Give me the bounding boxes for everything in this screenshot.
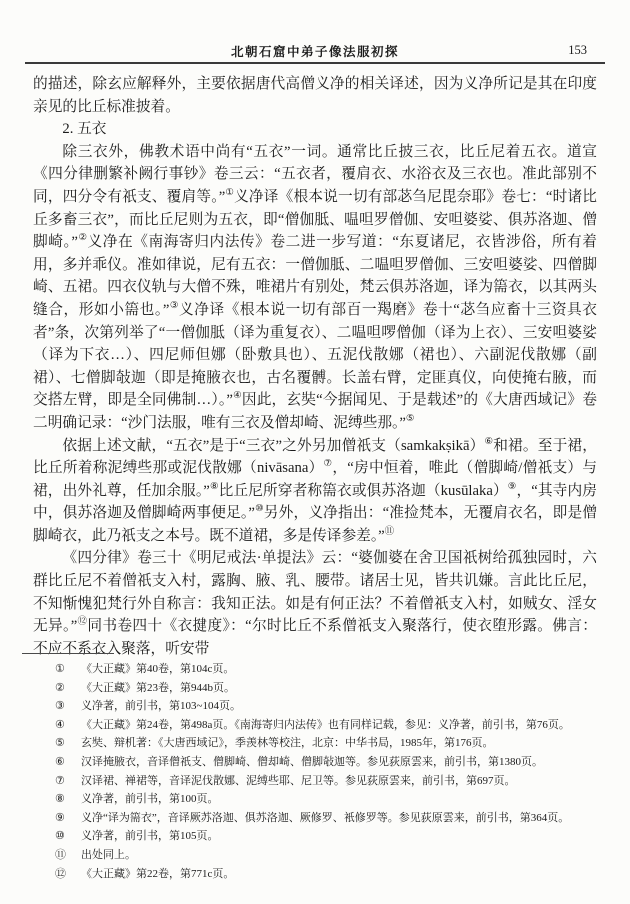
footnote-item: ⑤ 玄奘、辩机著：《大唐西域记》，季羡林等校注，北京：中华书局，1985年，第1… [55, 734, 610, 753]
footnote-text: 《大正藏》第22卷，第771c页。 [81, 865, 610, 884]
footnote-marker: ⑤ [55, 734, 81, 753]
footnote-ref: ⑩ [255, 504, 264, 514]
footnote-text: 出处同上。 [81, 846, 610, 865]
footnote-text: 义净著，前引书，第100页。 [81, 790, 610, 809]
footnote-text: 《大正藏》第40卷，第104c页。 [81, 660, 610, 679]
footnote-marker: ⑩ [55, 827, 81, 846]
footnote-ref: ② [78, 233, 88, 243]
running-head: 北朝石窟中弟子像法服初探 153 [25, 42, 605, 60]
footnote-ref: ③ [169, 301, 179, 311]
article-body: 的描述，除玄应解释外，主要依据唐代高僧义净的相关译述，因为义净所记是其在印度亲见… [33, 73, 597, 660]
footnote-text: 义净“译为篅衣”，音译厥苏洛迦、俱苏洛迦、厥修罗、衹修罗等。参见荻原雲来，前引书… [81, 809, 610, 828]
footnote-marker: ④ [55, 716, 81, 735]
page-number: 153 [568, 43, 587, 58]
footnote-marker: ⑥ [55, 753, 81, 772]
footnote-text: 义净著，前引书，第103~104页。 [81, 697, 610, 716]
footnote-item: ⑫ 《大正藏》第22卷，第771c页。 [55, 865, 610, 884]
footnote-item: ② 《大正藏》第23卷，第944b页。 [55, 679, 610, 698]
footnote-ref: ⑧ [210, 482, 219, 492]
footnote-marker: ③ [55, 697, 81, 716]
footnote-ref: ⑫ [77, 617, 87, 627]
header-rule [25, 62, 605, 64]
section-heading: 2. 五衣 [33, 118, 597, 141]
footnotes-section: ① 《大正藏》第40卷，第104c页。 ② 《大正藏》第23卷，第944b页。 … [55, 660, 610, 883]
footnote-ref: ④ [233, 391, 242, 401]
footnote-item: ④ 《大正藏》第24卷，第498a页。《南海寄归内法传》也有同样记载，参见：义净… [55, 716, 610, 735]
footnote-ref: ① [225, 188, 234, 198]
footnote-text: 汉译掩腋衣，音译僧祇支、僧脚崎、僧却崎、僧脚敧迦等。参见荻原雲来，前引书，第13… [81, 753, 610, 772]
footnote-item: ⑧ 义净著，前引书，第100页。 [55, 790, 610, 809]
footnote-marker: ⑦ [55, 772, 81, 791]
footnote-ref: ⑤ [406, 414, 415, 424]
footnote-marker: ① [55, 660, 81, 679]
paragraph: 《四分律》卷三十《明尼戒法·单提法》云：“婆伽婆在舍卫国祇树给孤独园时，六群比丘… [33, 547, 597, 660]
footnote-text: 《大正藏》第23卷，第944b页。 [81, 679, 610, 698]
footnote-text: 玄奘、辩机著：《大唐西域记》，季羡林等校注，北京：中华书局，1985年，第176… [81, 734, 610, 753]
footnote-item: ⑩ 义净著，前引书，第105页。 [55, 827, 610, 846]
paragraph: 依据上述文献，“五衣”是于“三衣”之外另加僧祇支（samkakṣikā）⑥和裙。… [33, 435, 597, 548]
footnote-ref: ⑪ [385, 527, 395, 537]
footnote-text: 汉译裙、禅裙等，音译泥伐散娜、泥缚些耶、尼卫等。参见荻原雲来，前引书，第697页… [81, 772, 610, 791]
footnote-item: ⑦ 汉译裙、禅裙等，音译泥伐散娜、泥缚些耶、尼卫等。参见荻原雲来，前引书，第69… [55, 772, 610, 791]
footnote-item: ⑨ 义净“译为篅衣”，音译厥苏洛迦、俱苏洛迦、厥修罗、衹修罗等。参见荻原雲来，前… [55, 809, 610, 828]
footnote-marker: ⑨ [55, 809, 81, 828]
footnote-ref: ⑦ [324, 459, 333, 469]
footnote-ref: ⑨ [508, 482, 517, 492]
footnote-item: ⑪ 出处同上。 [55, 846, 610, 865]
footnote-separator-rule [22, 653, 114, 654]
footnote-item: ① 《大正藏》第40卷，第104c页。 [55, 660, 610, 679]
paragraph: 除三衣外，佛教术语中尚有“五衣”一词。通常比丘披三衣，比丘尼着五衣。道宣《四分律… [33, 141, 597, 435]
footnote-marker: ② [55, 679, 81, 698]
footnote-item: ③ 义净著，前引书，第103~104页。 [55, 697, 610, 716]
footnote-marker: ⑧ [55, 790, 81, 809]
footnote-ref: ⑥ [485, 437, 494, 447]
footnote-marker: ⑪ [55, 846, 81, 865]
document-page: 北朝石窟中弟子像法服初探 153 的描述，除玄应解释外，主要依据唐代高僧义净的相… [0, 0, 630, 904]
paragraph-continuation: 的描述，除玄应解释外，主要依据唐代高僧义净的相关译述，因为义净所记是其在印度亲见… [33, 73, 597, 118]
footnote-marker: ⑫ [55, 865, 81, 884]
footnote-text: 《大正藏》第24卷，第498a页。《南海寄归内法传》也有同样记载，参见：义净著，… [81, 716, 610, 735]
footnote-text: 义净著，前引书，第105页。 [81, 827, 610, 846]
footnote-item: ⑥ 汉译掩腋衣，音译僧祇支、僧脚崎、僧却崎、僧脚敧迦等。参见荻原雲来，前引书，第… [55, 753, 610, 772]
running-head-title: 北朝石窟中弟子像法服初探 [25, 42, 605, 60]
